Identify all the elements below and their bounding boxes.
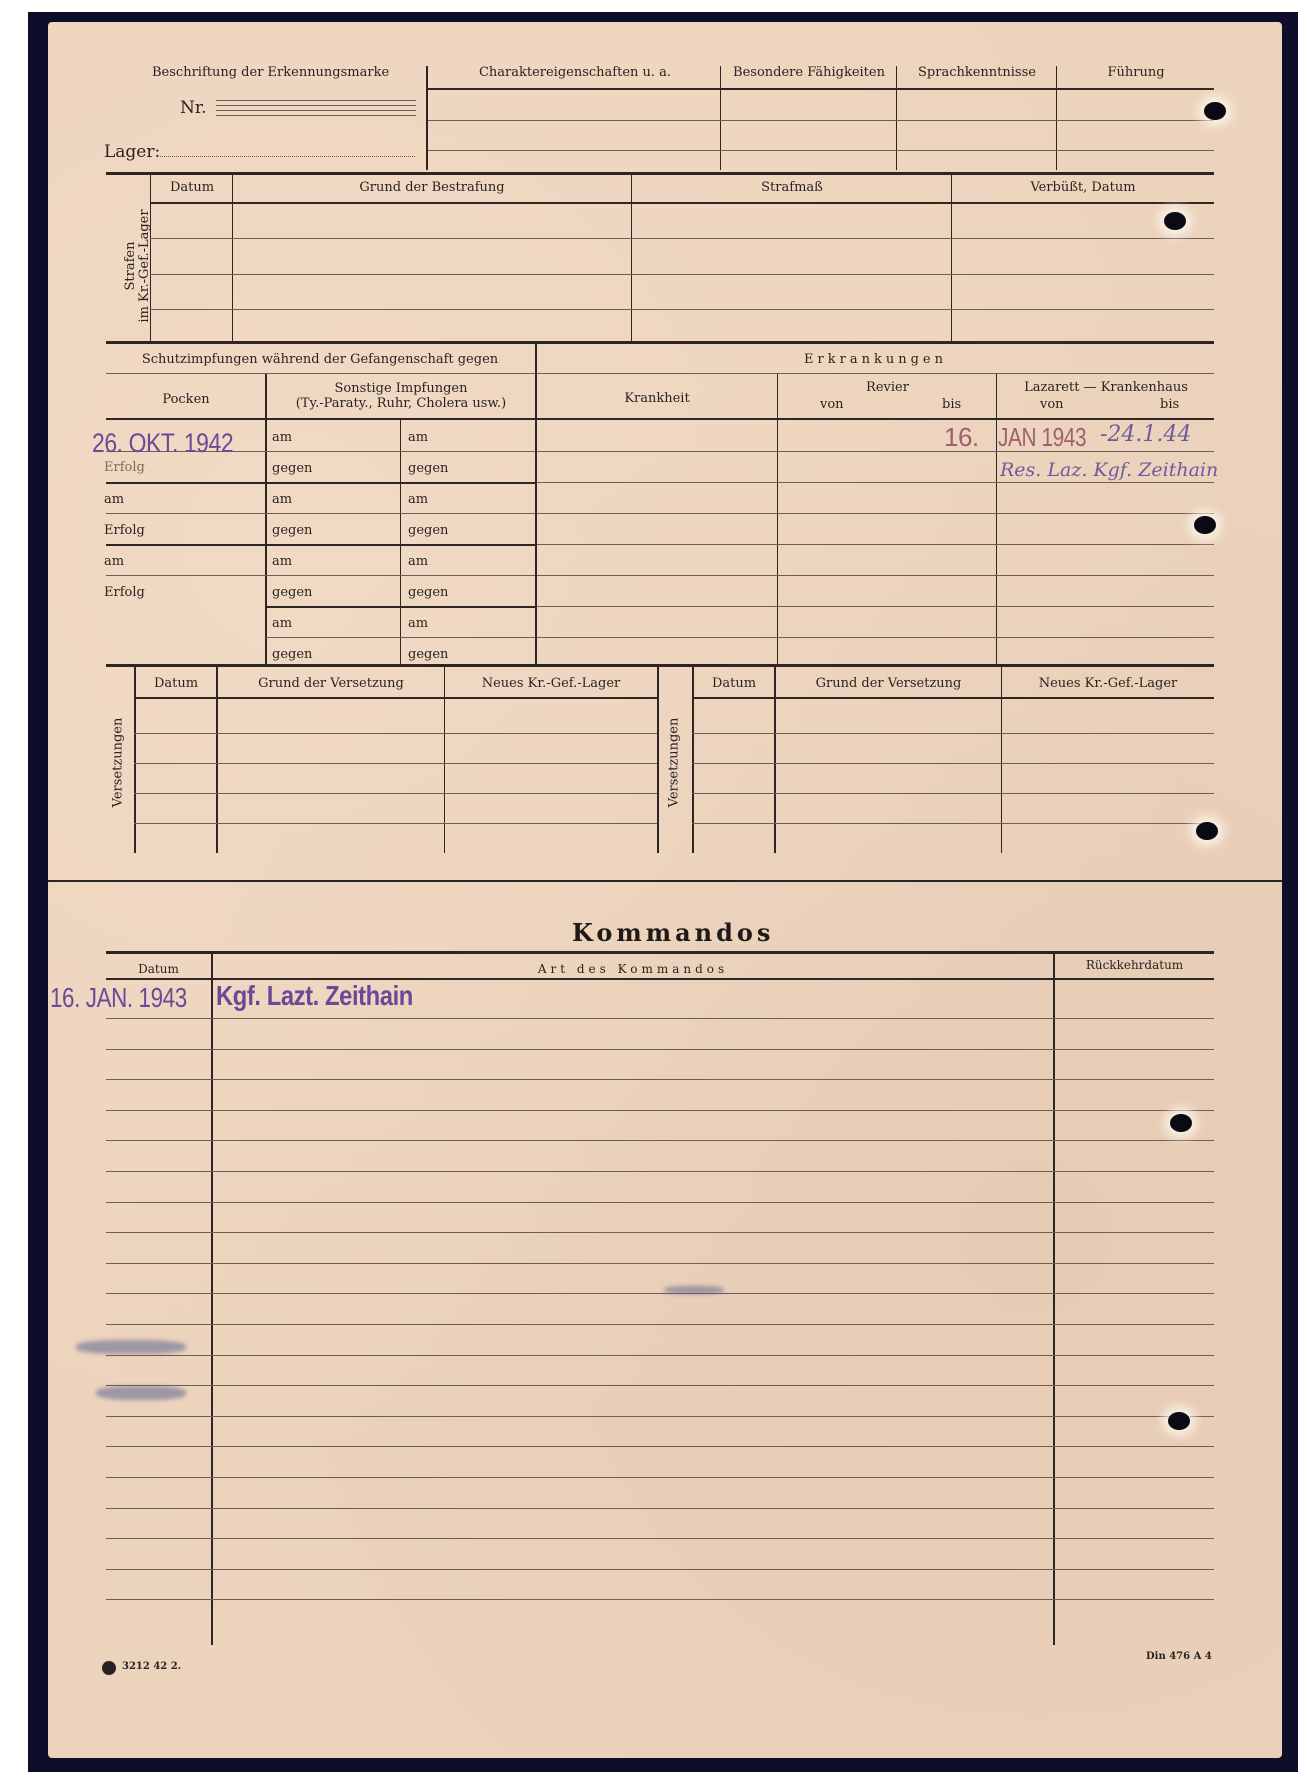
kommandos-title: Kommandos bbox=[572, 918, 774, 947]
vacc-other1-gegen-3: gegen bbox=[272, 585, 312, 600]
transfer-left-col-datum: Datum bbox=[136, 676, 216, 691]
ruled-line bbox=[106, 1232, 1214, 1233]
vacc-other2-am: am bbox=[408, 430, 428, 445]
transfer-left-col-grund: Grund der Versetzung bbox=[218, 676, 444, 691]
revier-von: von bbox=[820, 397, 844, 412]
document-sheet bbox=[48, 22, 1282, 1758]
tag-label: Beschriftung der Erkennungsmarke bbox=[152, 65, 389, 80]
pocken-date-stamp: 26. OKT. 1942 bbox=[92, 428, 233, 459]
eagle-emblem-icon bbox=[102, 1661, 116, 1675]
kommandos-col-rueckkehr: Rückkehrdatum bbox=[1055, 958, 1214, 972]
revier-bis: bis bbox=[942, 397, 961, 412]
ruled-line bbox=[106, 1538, 1214, 1539]
illness-hospital: Res. Laz. Kgf. Zeithain bbox=[1000, 459, 1218, 481]
kommando-art-stamp: Kgf. Lazt. Zeithain bbox=[216, 980, 413, 1012]
ruled-line bbox=[106, 1202, 1214, 1203]
vacc-pocken-erfolg-2: Erfolg bbox=[104, 523, 145, 538]
vacc-pocken-label: Pocken bbox=[106, 392, 266, 407]
ruled-line bbox=[106, 1263, 1214, 1264]
vacc-other2-gegen-2: gegen bbox=[408, 523, 448, 538]
ruled-line bbox=[106, 1569, 1214, 1570]
lazarett-bis: bis bbox=[1160, 397, 1179, 412]
ruled-line bbox=[106, 1293, 1214, 1294]
vacc-other1-gegen: gegen bbox=[272, 461, 312, 476]
vacc-pocken-am-3: am bbox=[104, 554, 124, 569]
vacc-pocken-erfolg-1: Erfolg bbox=[104, 460, 145, 475]
illness-col-krankheit: Krankheit bbox=[537, 391, 777, 406]
punish-col-strafmass: Strafmaß bbox=[633, 180, 951, 195]
ruled-line bbox=[106, 1110, 1214, 1111]
nr-label: Nr. bbox=[180, 98, 207, 118]
lager-field[interactable] bbox=[160, 156, 415, 157]
ruled-line bbox=[106, 1049, 1214, 1050]
vacc-pocken-am-2: am bbox=[104, 492, 124, 507]
transfer-left-col-lager: Neues Kr.-Gef.-Lager bbox=[446, 676, 656, 691]
vacc-other2-gegen-4: gegen bbox=[408, 647, 448, 662]
lazarett-von: von bbox=[1040, 397, 1064, 412]
ruled-line bbox=[106, 1385, 1214, 1386]
vacc-other1-am-2: am bbox=[272, 492, 292, 507]
vacc-other-label: Sonstige Impfungen(Ty.-Paraty., Ruhr, Ch… bbox=[268, 381, 534, 411]
punch-hole bbox=[1204, 102, 1226, 120]
kommandos-col-datum: Datum bbox=[106, 962, 211, 976]
vacc-other1-am-3: am bbox=[272, 554, 292, 569]
ruled-line bbox=[106, 1477, 1214, 1478]
transfer-right-col-datum: Datum bbox=[694, 676, 774, 691]
vacc-other2-gegen-3: gegen bbox=[408, 585, 448, 600]
print-code: 3212 42 2. bbox=[122, 1661, 181, 1672]
ruled-line bbox=[106, 1140, 1214, 1141]
ruled-line bbox=[106, 1508, 1214, 1509]
table-row[interactable]: 16. JAN. 1943 Kgf. Lazt. Zeithain bbox=[50, 982, 1214, 1012]
illness-stamp-day: 16. bbox=[944, 422, 979, 453]
ruled-line bbox=[106, 1416, 1214, 1417]
punish-col-datum: Datum bbox=[152, 180, 232, 195]
ruled-line bbox=[106, 1324, 1214, 1325]
vacc-title: Schutzimpfungen während der Gefangenscha… bbox=[106, 352, 534, 367]
vacc-other2-am-4: am bbox=[408, 616, 428, 631]
illness-end-date: -24.1.44 bbox=[1100, 422, 1191, 447]
punch-hole bbox=[1168, 1412, 1190, 1430]
vacc-other1-am: am bbox=[272, 430, 292, 445]
vacc-other1-am-4: am bbox=[272, 616, 292, 631]
ruled-line bbox=[106, 1171, 1214, 1172]
punch-hole bbox=[1194, 516, 1216, 534]
col-languages: Sprachkenntnisse bbox=[898, 65, 1056, 80]
col-conduct: Führung bbox=[1058, 65, 1214, 80]
ruled-line bbox=[106, 1599, 1214, 1600]
ink-smudge bbox=[76, 1340, 186, 1354]
vacc-other1-gegen-2: gegen bbox=[272, 523, 312, 538]
illness-title: Erkrankungen bbox=[537, 352, 1214, 367]
form-id: Din 476 A 4 bbox=[1146, 1651, 1212, 1662]
punish-col-verbuesst: Verbüßt, Datum bbox=[953, 180, 1213, 195]
lager-label: Lager: bbox=[104, 142, 160, 162]
col-abilities: Besondere Fähigkeiten bbox=[722, 65, 896, 80]
fold-line bbox=[48, 880, 1282, 882]
punish-col-grund: Grund der Bestrafung bbox=[234, 180, 630, 195]
ruled-line bbox=[106, 1446, 1214, 1447]
punishments-side-label: Strafenim Kr.-Gef.-Lager bbox=[124, 186, 152, 346]
nr-field[interactable] bbox=[216, 98, 416, 118]
ink-smudge bbox=[664, 1286, 724, 1294]
vacc-other2-gegen: gegen bbox=[408, 461, 448, 476]
illness-stamp-date: JAN 1943 bbox=[998, 422, 1086, 453]
ruled-line bbox=[106, 1018, 1214, 1019]
illness-col-lazarett: Lazarett — Krankenhaus bbox=[998, 380, 1214, 395]
transfer-right-col-lager: Neues Kr.-Gef.-Lager bbox=[1003, 676, 1213, 691]
illness-col-revier: Revier bbox=[779, 380, 996, 395]
kommando-datum-stamp: 16. JAN. 1943 bbox=[50, 982, 187, 1014]
col-character: Charaktereigenschaften u. a. bbox=[430, 65, 720, 80]
vacc-other2-am-2: am bbox=[408, 492, 428, 507]
vacc-other1-gegen-4: gegen bbox=[272, 647, 312, 662]
punch-hole bbox=[1164, 212, 1186, 230]
ruled-line bbox=[106, 1079, 1214, 1080]
punch-hole bbox=[1196, 822, 1218, 840]
transfer-right-col-grund: Grund der Versetzung bbox=[776, 676, 1001, 691]
vacc-other2-am-3: am bbox=[408, 554, 428, 569]
vacc-pocken-erfolg-3: Erfolg bbox=[104, 585, 145, 600]
ruled-line bbox=[106, 1355, 1214, 1356]
transfers-side-label-right: Versetzungen bbox=[667, 703, 682, 823]
punch-hole bbox=[1170, 1114, 1192, 1132]
transfers-side-label-left: Versetzungen bbox=[111, 703, 126, 823]
ink-smudge bbox=[96, 1386, 186, 1400]
kommandos-col-art: Art des Kommandos bbox=[213, 962, 1053, 976]
